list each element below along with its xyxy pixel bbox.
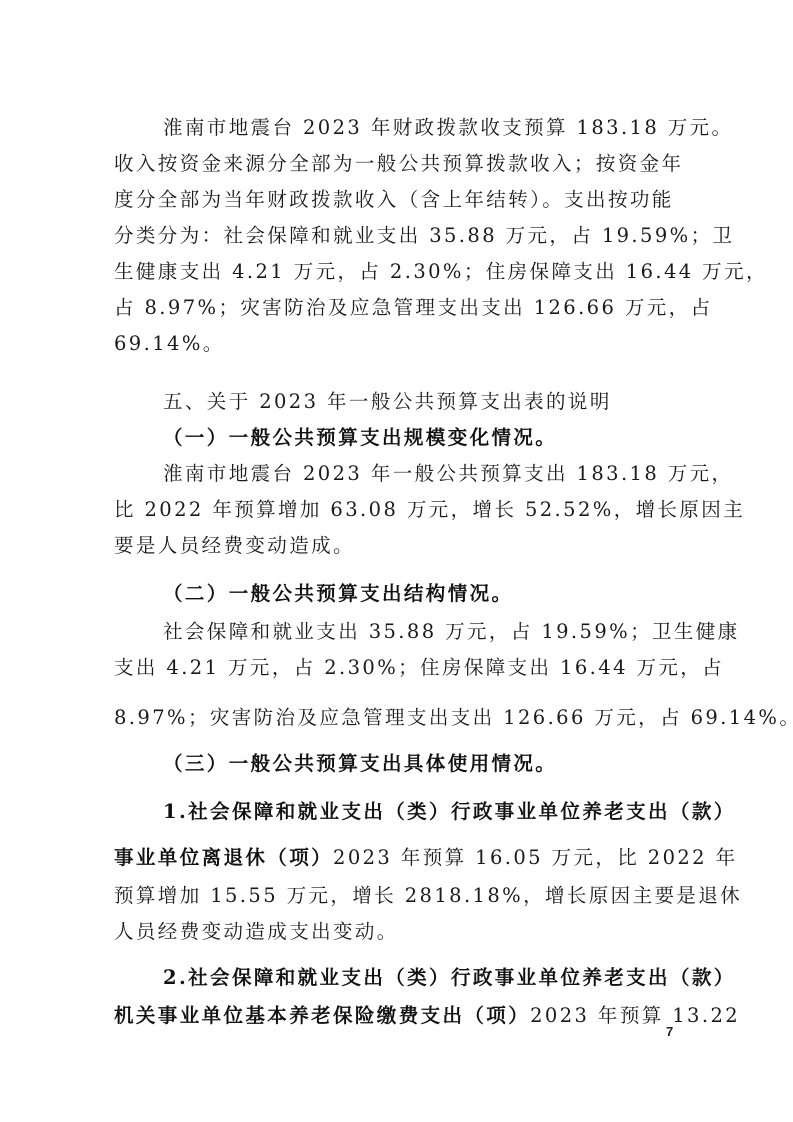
paragraph-line: 占 8.97%；灾害防治及应急管理支出支出 126.66 万元，占 xyxy=(114,296,684,320)
paragraph-line: 生健康支出 4.21 万元，占 2.30%；住房保障支出 16.44 万元， xyxy=(114,260,684,284)
paragraph-line: 收入按资金来源分全部为一般公共预算拨款收入；按资金年 xyxy=(114,152,684,176)
item-label: 机关事业单位基本养老保险缴费支出（项） xyxy=(114,1004,530,1027)
section-heading: 五、关于 2023 年一般公共预算支出表的说明 xyxy=(163,390,684,414)
paragraph-line: 支出 4.21 万元，占 2.30%；住房保障支出 16.44 万元，占 xyxy=(114,656,684,680)
item-label: 事业单位离退休（项） xyxy=(114,846,333,869)
paragraph-line: 预算增加 15.55 万元，增长 2818.18%，增长原因主要是退休 xyxy=(114,884,684,908)
item-heading: 1.社会保障和就业支出（类）行政事业单位养老支出（款） xyxy=(163,800,684,824)
paragraph-line: 事业单位离退休（项）2023 年预算 16.05 万元，比 2022 年 xyxy=(114,846,684,870)
item-heading: 2.社会保障和就业支出（类）行政事业单位养老支出（款） xyxy=(163,966,684,990)
paragraph-line: 淮南市地震台 2023 年财政拨款收支预算 183.18 万元。 xyxy=(163,116,684,140)
paragraph-line: 8.97%；灾害防治及应急管理支出支出 126.66 万元，占 69.14%。 xyxy=(114,706,684,730)
item-text: 2023 年预算 13.22 xyxy=(530,1004,740,1027)
document-page: 淮南市地震台 2023 年财政拨款收支预算 183.18 万元。 收入按资金来源… xyxy=(0,0,793,1122)
paragraph-line: 度分全部为当年财政拨款收入（含上年结转）。支出按功能 xyxy=(114,188,684,212)
paragraph-line: 69.14%。 xyxy=(114,332,684,356)
paragraph-line: 机关事业单位基本养老保险缴费支出（项）2023 年预算 13.22 xyxy=(114,1004,684,1028)
item-text: 2023 年预算 16.05 万元，比 2022 年 xyxy=(333,846,737,869)
paragraph-line: 淮南市地震台 2023 年一般公共预算支出 183.18 万元， xyxy=(163,462,684,486)
paragraph-line: 比 2022 年预算增加 63.08 万元，增长 52.52%，增长原因主 xyxy=(114,498,684,522)
paragraph-line: 分类分为：社会保障和就业支出 35.88 万元，占 19.59%；卫 xyxy=(114,224,684,248)
paragraph-line: 人员经费变动造成支出变动。 xyxy=(114,920,684,944)
paragraph-line: 要是人员经费变动造成。 xyxy=(114,534,684,558)
subsection-heading: （三）一般公共预算支出具体使用情况。 xyxy=(163,752,684,776)
subsection-heading: （二）一般公共预算支出结构情况。 xyxy=(163,582,684,606)
page-number: 7 xyxy=(666,1024,673,1039)
subsection-heading: （一）一般公共预算支出规模变化情况。 xyxy=(163,426,684,450)
paragraph-line: 社会保障和就业支出 35.88 万元，占 19.59%；卫生健康 xyxy=(163,620,684,644)
